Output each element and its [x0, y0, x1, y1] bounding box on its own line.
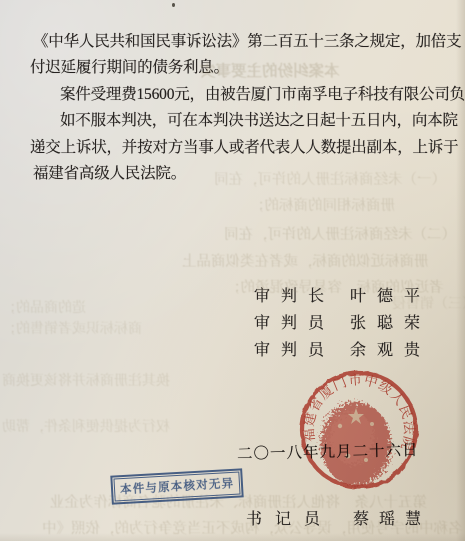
judge-name: 张聪荣 [350, 310, 431, 337]
bleedthrough-line: 权行为提供便利条件，帮助 [2, 416, 170, 436]
page-right-edge-shadow [456, 0, 465, 541]
judge-row: 审判员 张聪荣 [254, 310, 431, 337]
body-line: 如不服本判决，可在本判决书送达之日起十五日内，向本院 [30, 108, 458, 134]
judge-title: 审判员 [254, 310, 335, 337]
body-line: 《中华人民共和国民事诉讼法》第二百五十三条之规定，加倍支 [30, 29, 458, 55]
judgment-body-text: 《中华人民共和国民事诉讼法》第二百五十三条之规定，加倍支 付迟延履行期间的债务利… [30, 29, 458, 187]
verification-stamp-text: 本件与原本核对无异 [113, 471, 240, 501]
bleedthrough-line: （二）未经商标注册人的许可，在同 [224, 223, 456, 244]
bleedthrough-line: 商标标识或者销售的； [2, 318, 142, 338]
bleedthrough-line: （一）未经商标注册人的许可，在同 [214, 168, 446, 189]
paper-speck [172, 3, 175, 7]
bleedthrough-line: 册商标近似的商标，或者在类似商品上 [182, 250, 429, 271]
body-line: 递交上诉状，并按对方当事人或者代表人人数提出副本，上诉于 [30, 135, 458, 161]
judgment-date: 二〇一八年九月二十六日 [237, 438, 419, 464]
judgment-scan-page: 本案纠纷的主要事实 （一）未经商标注册人的许可，在同 册商标相同的商标的； （二… [0, 0, 465, 541]
bleedthrough-line: （三）销售侵 [392, 293, 465, 313]
bleedthrough-line: 册商标相同的商标的； [250, 194, 395, 215]
bleedthrough-line: 本案纠纷的主要事实 [200, 59, 340, 81]
body-line: 案件受理费15600元，由被告厦门市南孚电子科技有限公司负担。 [30, 82, 458, 108]
bleedthrough-line: 名称中的字号使用，误导公众，构成不正当竞争行为的，依照《中 [42, 517, 463, 538]
bleedthrough-line: 换其注册商标并将该更换商 [2, 370, 170, 390]
bleedthrough-line: 造的商品的； [2, 297, 86, 317]
court-seal-stamp: 福建省厦门市中级人民法院 [292, 360, 427, 502]
